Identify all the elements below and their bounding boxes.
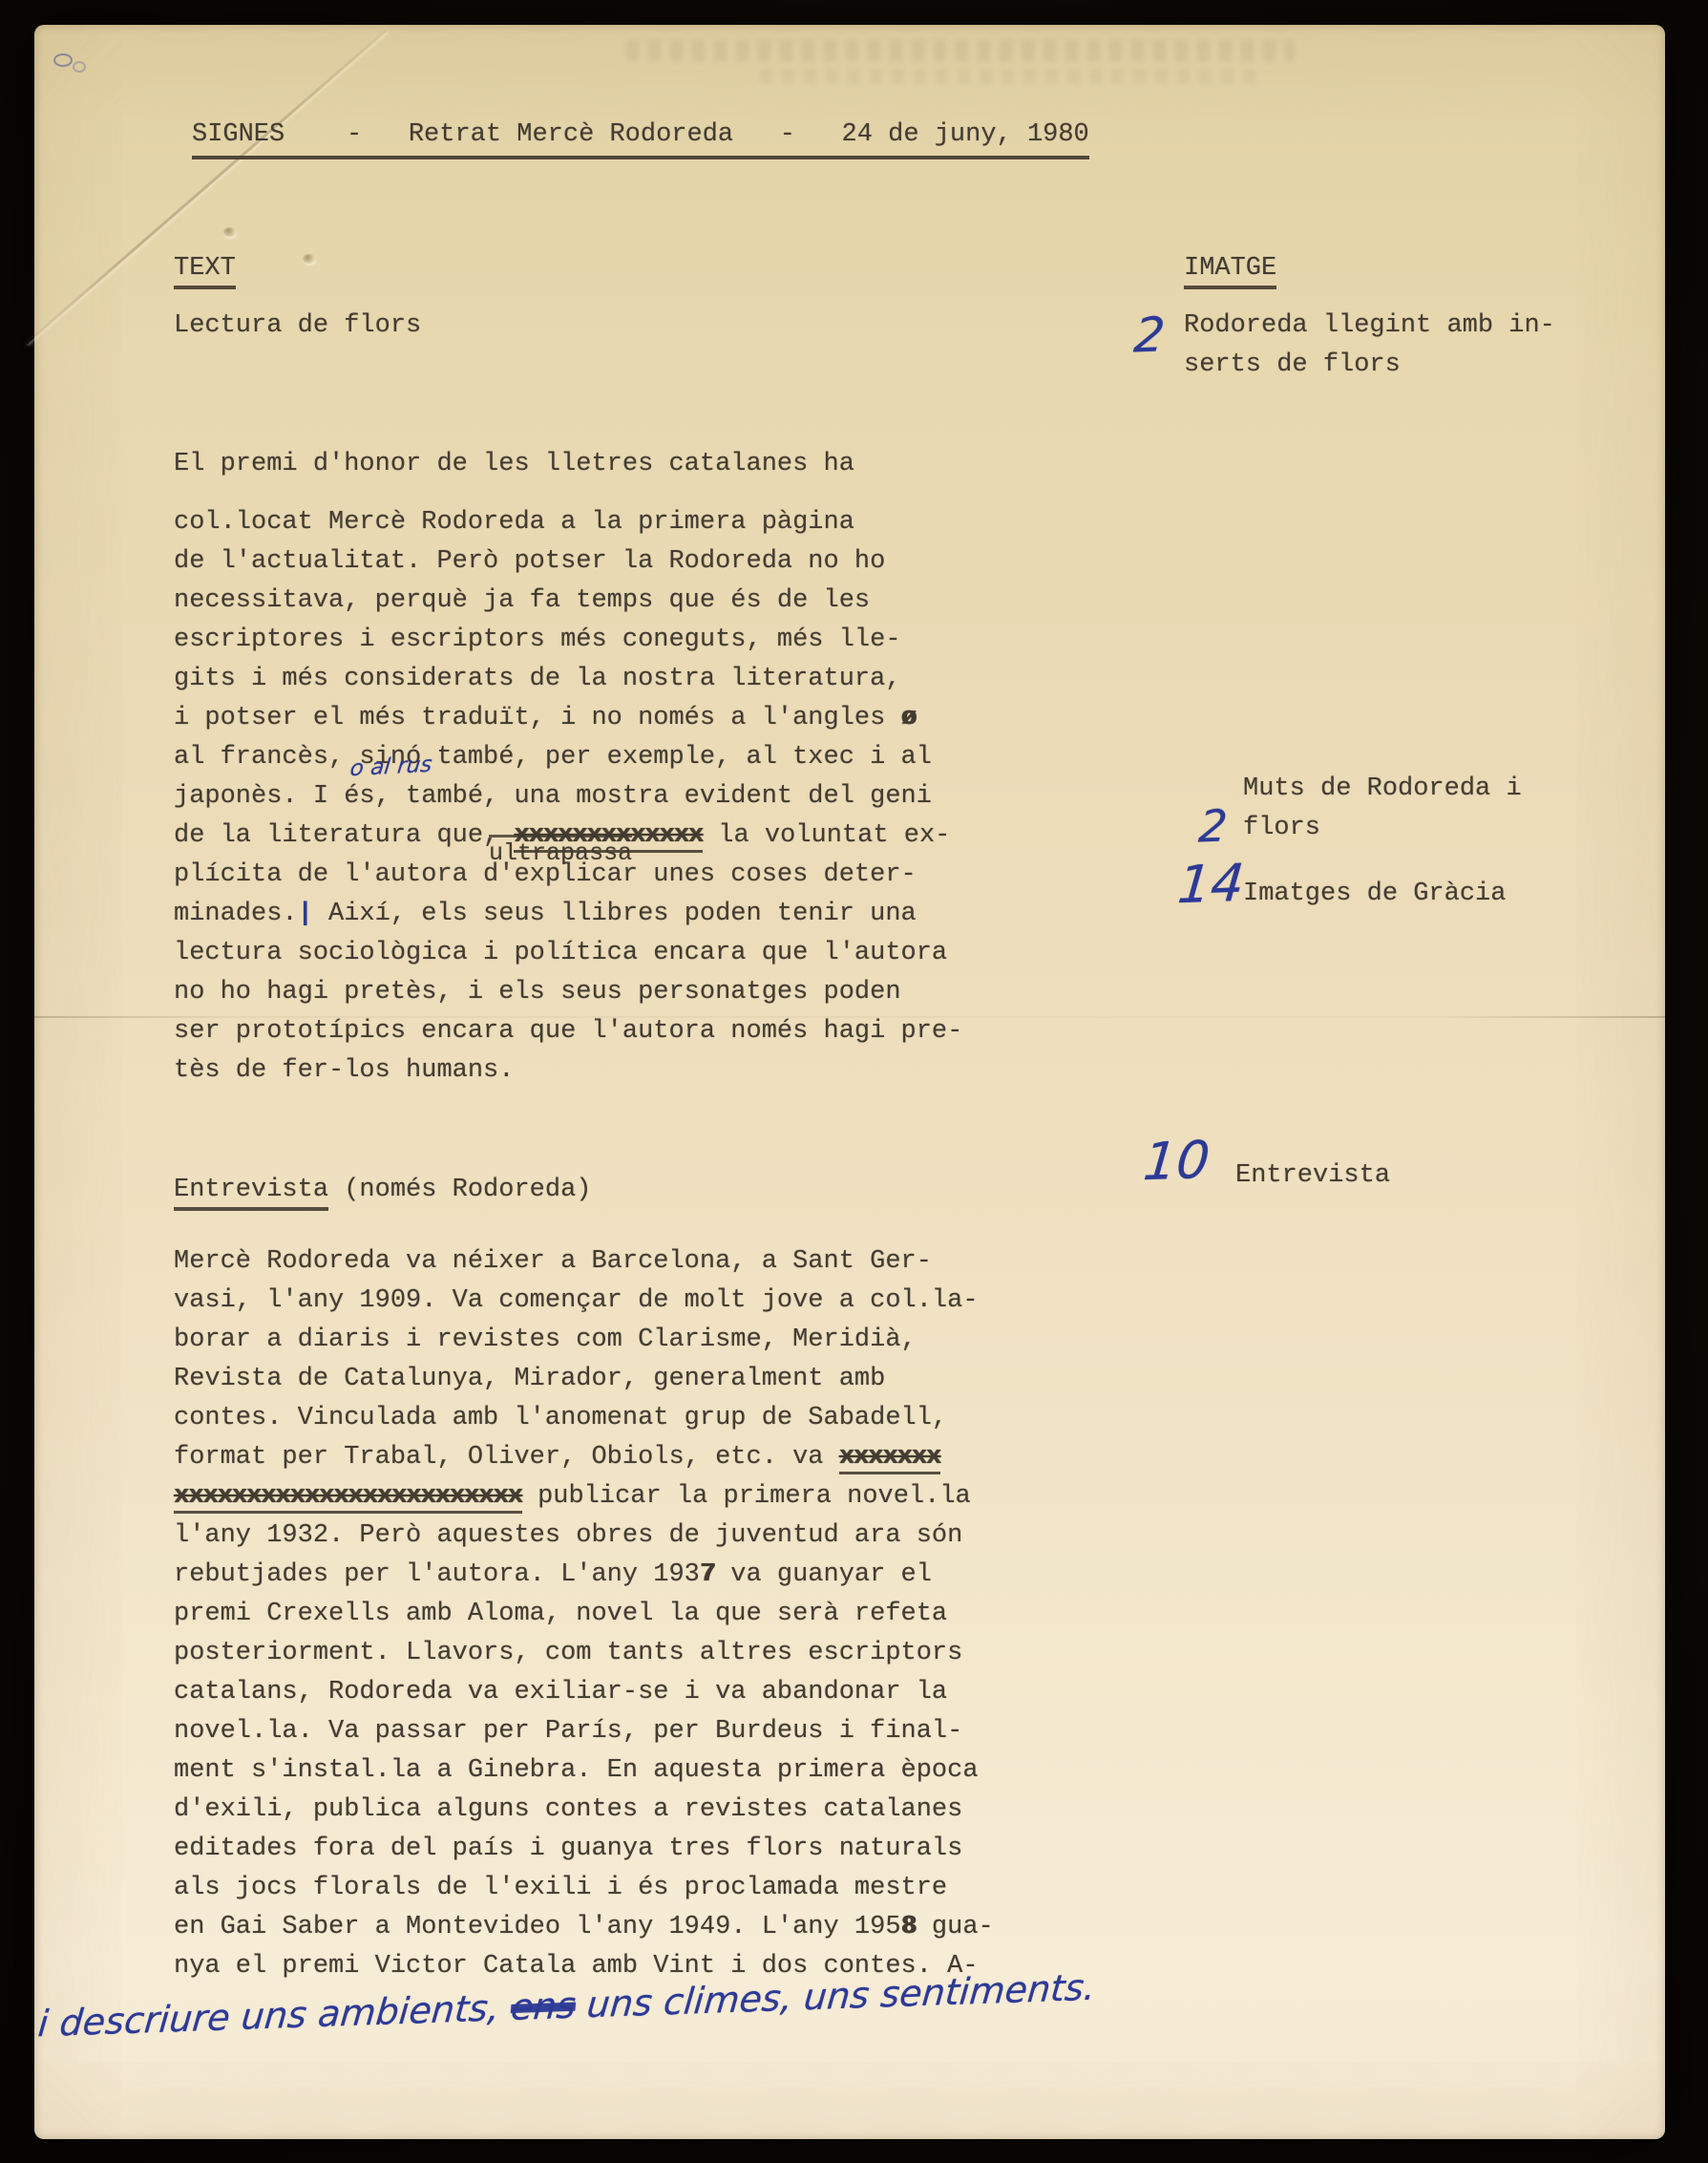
text-line: catalans, Rodoreda va exiliar-se i va ab… [174, 1675, 994, 1714]
text-segment: Així, els seus llibres poden tenir una [313, 900, 917, 928]
text-segment: ser prototípics encara que l'autora nomé… [174, 1017, 962, 1046]
text-line: flors [1243, 811, 1522, 850]
text-segment: gua- [917, 1913, 994, 1941]
corner-crease [25, 29, 387, 344]
text-line: escriptores i escriptors més coneguts, m… [174, 623, 962, 662]
text-segment: no ho hagi pretès, i els seus personatge… [174, 978, 901, 1007]
text-segment: xxxxxxxxxxxxxxxxxxxxxxxx [174, 1482, 522, 1514]
text-segment: borar a diaris i revistes com Clarisme, … [174, 1325, 917, 1354]
text-segment: als jocs florals de l'exili i és proclam… [174, 1874, 947, 1902]
text-segment: novel.la. Va passar per París, per Burde… [174, 1717, 962, 1746]
text-segment: xxxxxxx [839, 1443, 940, 1474]
text-line: serts de flors [1184, 348, 1555, 387]
text-line: editades fora del país i guanya tres flo… [174, 1832, 994, 1871]
text-line: ment s'instal.la a Ginebra. En aquesta p… [174, 1753, 994, 1792]
text-segment: rebutjades per l'autora. L'any 193 [174, 1560, 700, 1589]
text-segment: col.locat Mercè Rodoreda a la primera pà… [174, 508, 854, 537]
text-segment: escriptores i escriptors més coneguts, m… [174, 626, 901, 654]
text-segment: Mercè Rodoreda va néixer a Barcelona, a … [174, 1247, 932, 1276]
text-segment: catalans, Rodoreda va exiliar-se i va ab… [174, 1678, 947, 1707]
text-segment: contes. Vinculada amb l'anomenat grup de… [174, 1404, 947, 1432]
document-title: SIGNES - Retrat Mercè Rodoreda - 24 de j… [192, 120, 1089, 149]
section-heading-entrevista: Entrevista (només Rodoreda) [174, 1176, 591, 1211]
text-segment: ment s'instal.la a Ginebra. En aquesta p… [174, 1756, 979, 1785]
text-segment: posteriorment. Llavors, com tants altres… [174, 1639, 962, 1667]
text-line: de l'actualitat. Però potser la Rodoreda… [174, 544, 962, 583]
text-segment: premi Crexells amb Aloma, novel la que s… [174, 1600, 947, 1628]
text-line: necessitava, perquè ja fa temps que és d… [174, 583, 962, 623]
text-segment: i descriure uns ambients, [36, 1986, 513, 2045]
paragraph-biography: Mercè Rodoreda va néixer a Barcelona, a … [174, 1244, 994, 1988]
paragraph-lead: o al rus ultrapassa El premi d'honor de … [174, 447, 962, 1092]
text-segment: serts de flors [1184, 350, 1401, 379]
text-segment: d'exili, publica alguns contes a reviste… [174, 1795, 962, 1824]
text-line: Muts de Rodoreda i [1243, 772, 1522, 811]
text-line: xxxxxxxxxxxxxxxxxxxxxxxx publicar la pri… [174, 1479, 994, 1518]
margin-note-imatges: Imatges de Gràcia [1243, 880, 1506, 908]
text-line: novel.la. Va passar per París, per Burde… [174, 1714, 994, 1753]
text-segment: minades. [174, 900, 298, 928]
text-line: lectura sociològica i política encara qu… [174, 936, 962, 975]
text-line: format per Trabal, Oliver, Obiols, etc. … [174, 1440, 994, 1479]
text-segment: lectura sociològica i política encara qu… [174, 939, 947, 967]
text-segment: japonès. I és, també, una mostra evident… [174, 782, 932, 811]
text-line: col.locat Mercè Rodoreda a la primera pà… [174, 505, 962, 544]
text-line: d'exili, publica alguns contes a reviste… [174, 1792, 994, 1832]
text-line: El premi d'honor de les lletres catalane… [174, 447, 962, 505]
text-segment: va guanyar el [715, 1560, 932, 1589]
text-segment: de l'actualitat. Però potser la Rodoreda… [174, 547, 885, 576]
text-segment: al francès, sinó també, per exemple, al … [174, 743, 932, 772]
text-line: ser prototípics encara que l'autora nomé… [174, 1014, 962, 1053]
text-segment: l'any 1932. Però aquestes obres de juven… [174, 1521, 962, 1550]
document-page: SIGNES - Retrat Mercè Rodoreda - 24 de j… [34, 25, 1665, 2139]
document-title-text: SIGNES - Retrat Mercè Rodoreda - 24 de j… [192, 120, 1089, 159]
handwritten-insert-o-al-rus: o al rus [348, 753, 433, 781]
handwritten-number-top: 2 [1131, 307, 1167, 363]
image-column-header: IMATGE [1184, 254, 1276, 289]
staple-hole [223, 227, 236, 237]
text-segment: gits i més considerats de la nostra lite… [174, 665, 901, 693]
text-line: borar a diaris i revistes com Clarisme, … [174, 1323, 994, 1362]
text-line: tès de fer-los humans. [174, 1053, 962, 1092]
typed-insert-ultrapassa: ultrapassa [489, 835, 632, 867]
text-segment: de la literatura que, [174, 821, 514, 850]
text-segment: ens [509, 1984, 577, 2028]
text-segment: ø [901, 704, 917, 732]
text-line: i potser el més traduït, i no només a l'… [174, 701, 962, 740]
text-segment: Rodoreda llegint amb in- [1184, 311, 1555, 340]
ink-bleedthrough [760, 69, 1256, 84]
text-line: contes. Vinculada amb l'anomenat grup de… [174, 1401, 994, 1440]
handwritten-number-imatges: 14 [1175, 853, 1247, 915]
text-column-header: TEXT [174, 254, 236, 289]
text-line: vasi, l'any 1909. Va començar de molt jo… [174, 1283, 994, 1323]
text-line: Mercè Rodoreda va néixer a Barcelona, a … [174, 1244, 994, 1283]
text-line: al francès, sinó també, per exemple, al … [174, 740, 962, 779]
text-segment: la voluntat ex- [703, 821, 950, 850]
text-line: Revista de Catalunya, Mirador, generalme… [174, 1362, 994, 1401]
handwritten-number-flors: 2 [1197, 800, 1230, 853]
text-segment: necessitava, perquè ja fa temps que és d… [174, 586, 870, 615]
text-line: als jocs florals de l'exili i és proclam… [174, 1871, 994, 1910]
text-line: minades.| Així, els seus llibres poden t… [174, 897, 962, 936]
staple-hole [303, 254, 315, 264]
text-segment: | [298, 900, 313, 928]
text-line: en Gai Saber a Montevideo l'any 1949. L'… [174, 1910, 994, 1949]
text-segment: tès de fer-los humans. [174, 1056, 514, 1085]
text-segment: en Gai Saber a Montevideo l'any 1949. L'… [174, 1913, 901, 1941]
text-segment: publicar la primera novel.la [522, 1482, 971, 1511]
image-note: Rodoreda llegint amb in-serts de flors [1184, 308, 1555, 387]
lectura-subtitle: Lectura de flors [174, 311, 421, 340]
text-line: japonès. I és, també, una mostra evident… [174, 779, 962, 818]
text-segment: format per Trabal, Oliver, Obiols, etc. … [174, 1443, 839, 1472]
margin-note-muts: Muts de Rodoreda iflors [1243, 772, 1522, 850]
text-segment: vasi, l'any 1909. Va començar de molt jo… [174, 1286, 979, 1315]
text-segment: 7 [700, 1560, 715, 1589]
margin-note-entrevista: Entrevista [1235, 1161, 1390, 1190]
text-line: no ho hagi pretès, i els seus personatge… [174, 975, 962, 1014]
text-line: premi Crexells amb Aloma, novel la que s… [174, 1597, 994, 1636]
text-line: Rodoreda llegint amb in- [1184, 308, 1555, 348]
text-line: l'any 1932. Però aquestes obres de juven… [174, 1518, 994, 1558]
text-segment: 8 [901, 1913, 917, 1941]
text-line: gits i més considerats de la nostra lite… [174, 662, 962, 701]
text-segment: editades fora del país i guanya tres flo… [174, 1834, 962, 1863]
text-segment: i potser el més traduït, i no només a l'… [174, 704, 901, 732]
entrevista-heading-rest: (només Rodoreda) [328, 1176, 591, 1204]
text-segment: Muts de Rodoreda i [1243, 774, 1522, 803]
text-column-header-label: TEXT [174, 254, 236, 289]
ink-bleedthrough [626, 40, 1295, 61]
entrevista-heading-word: Entrevista [174, 1176, 328, 1211]
image-column-header-label: IMATGE [1184, 254, 1276, 289]
text-line: posteriorment. Llavors, com tants altres… [174, 1636, 994, 1675]
ink-scuff [53, 53, 73, 67]
scan-background: SIGNES - Retrat Mercè Rodoreda - 24 de j… [0, 0, 1708, 2163]
text-segment: flors [1243, 814, 1320, 842]
ink-scuff [73, 61, 86, 73]
text-segment: El premi d'honor de les lletres catalane… [174, 450, 854, 478]
handwritten-number-entrevista: 10 [1141, 1130, 1212, 1192]
text-segment: Revista de Catalunya, Mirador, generalme… [174, 1365, 885, 1393]
text-line: rebutjades per l'autora. L'any 1937 va g… [174, 1558, 994, 1597]
